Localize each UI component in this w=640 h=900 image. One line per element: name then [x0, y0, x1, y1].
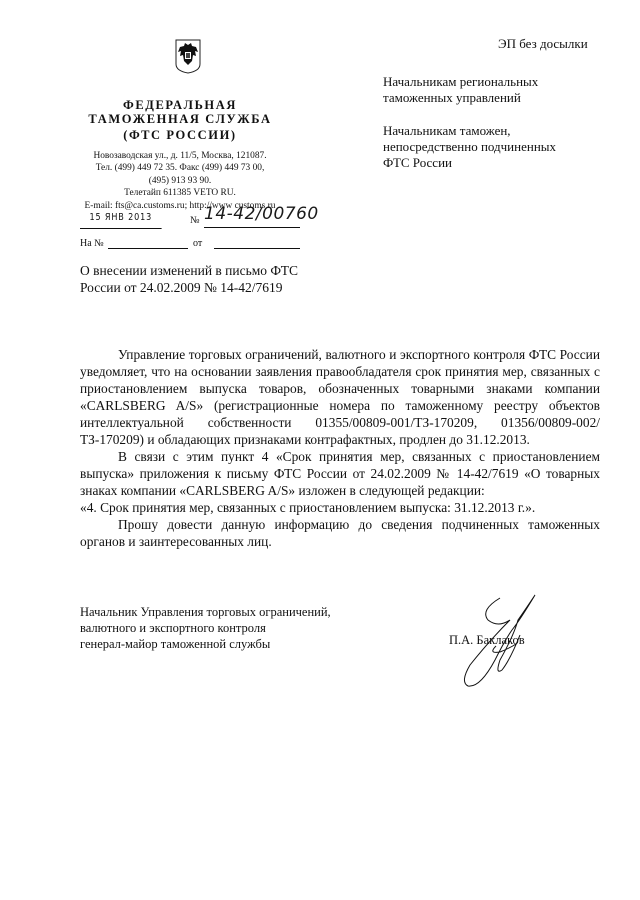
body-paragraph-4: Прошу довести данную информацию до сведе…	[80, 516, 600, 550]
letter-subject: О внесении изменений в письмо ФТС России…	[80, 262, 298, 296]
signer-name: П.А. Баклаков	[449, 633, 525, 648]
org-address: Новозаводская ул., д. 11/5, Москва, 1210…	[60, 150, 300, 212]
address-line: Новозаводская ул., д. 11/5, Москва, 1210…	[60, 150, 300, 162]
org-name-line1: ФЕДЕРАЛЬНАЯ	[60, 98, 300, 113]
teletype-line: Телетайп 611385 VETO RU.	[60, 187, 300, 199]
addressee-line: ФТС России	[383, 155, 556, 171]
letter-number: 14-42/00760	[204, 204, 319, 224]
body-paragraph-2: В связи с этим пункт 4 «Срок принятия ме…	[80, 448, 600, 499]
position-line: валютного и экспортного контроля	[80, 620, 331, 636]
body-paragraph-1: Управление торговых ограничений, валютно…	[80, 346, 600, 448]
subject-line: О внесении изменений в письмо ФТС	[80, 262, 298, 279]
subject-line: России от 24.02.2009 № 14-42/7619	[80, 279, 298, 296]
addressee-line: таможенных управлений	[383, 90, 538, 106]
reference-date-label: от	[193, 238, 202, 249]
addressee-regional: Начальникам региональных таможенных упра…	[383, 74, 538, 106]
phone-line-2: (495) 913 93 90.	[60, 175, 300, 187]
body-paragraph-3: «4. Срок принятия мер, связанных с приос…	[80, 499, 600, 516]
signer-position: Начальник Управления торговых ограничени…	[80, 604, 331, 652]
stamp-note: ЭП без досылки	[498, 36, 588, 52]
org-name-short: (ФТС РОССИИ)	[60, 128, 300, 143]
reference-date-blank	[214, 248, 300, 249]
addressee-line: Начальникам региональных	[383, 74, 538, 90]
letter-body: Управление торговых ограничений, валютно…	[80, 346, 600, 550]
number-label: №	[190, 215, 200, 226]
reference-number-blank	[108, 248, 188, 249]
addressee-line: непосредственно подчиненных	[383, 139, 556, 155]
number-underline	[204, 227, 300, 228]
reference-number-label: На №	[80, 238, 104, 249]
phone-line: Тел. (499) 449 72 35. Факс (499) 449 73 …	[60, 162, 300, 174]
position-line: Начальник Управления торговых ограничени…	[80, 604, 331, 620]
letter-date: 15 ЯНВ 2013	[80, 212, 162, 229]
org-name-line2: ТАМОЖЕННАЯ СЛУЖБА	[60, 112, 300, 127]
position-line: генерал-майор таможенной службы	[80, 636, 331, 652]
addressee-customs: Начальникам таможен, непосредственно под…	[383, 123, 556, 171]
coat-of-arms-icon	[174, 38, 202, 74]
addressee-line: Начальникам таможен,	[383, 123, 556, 139]
